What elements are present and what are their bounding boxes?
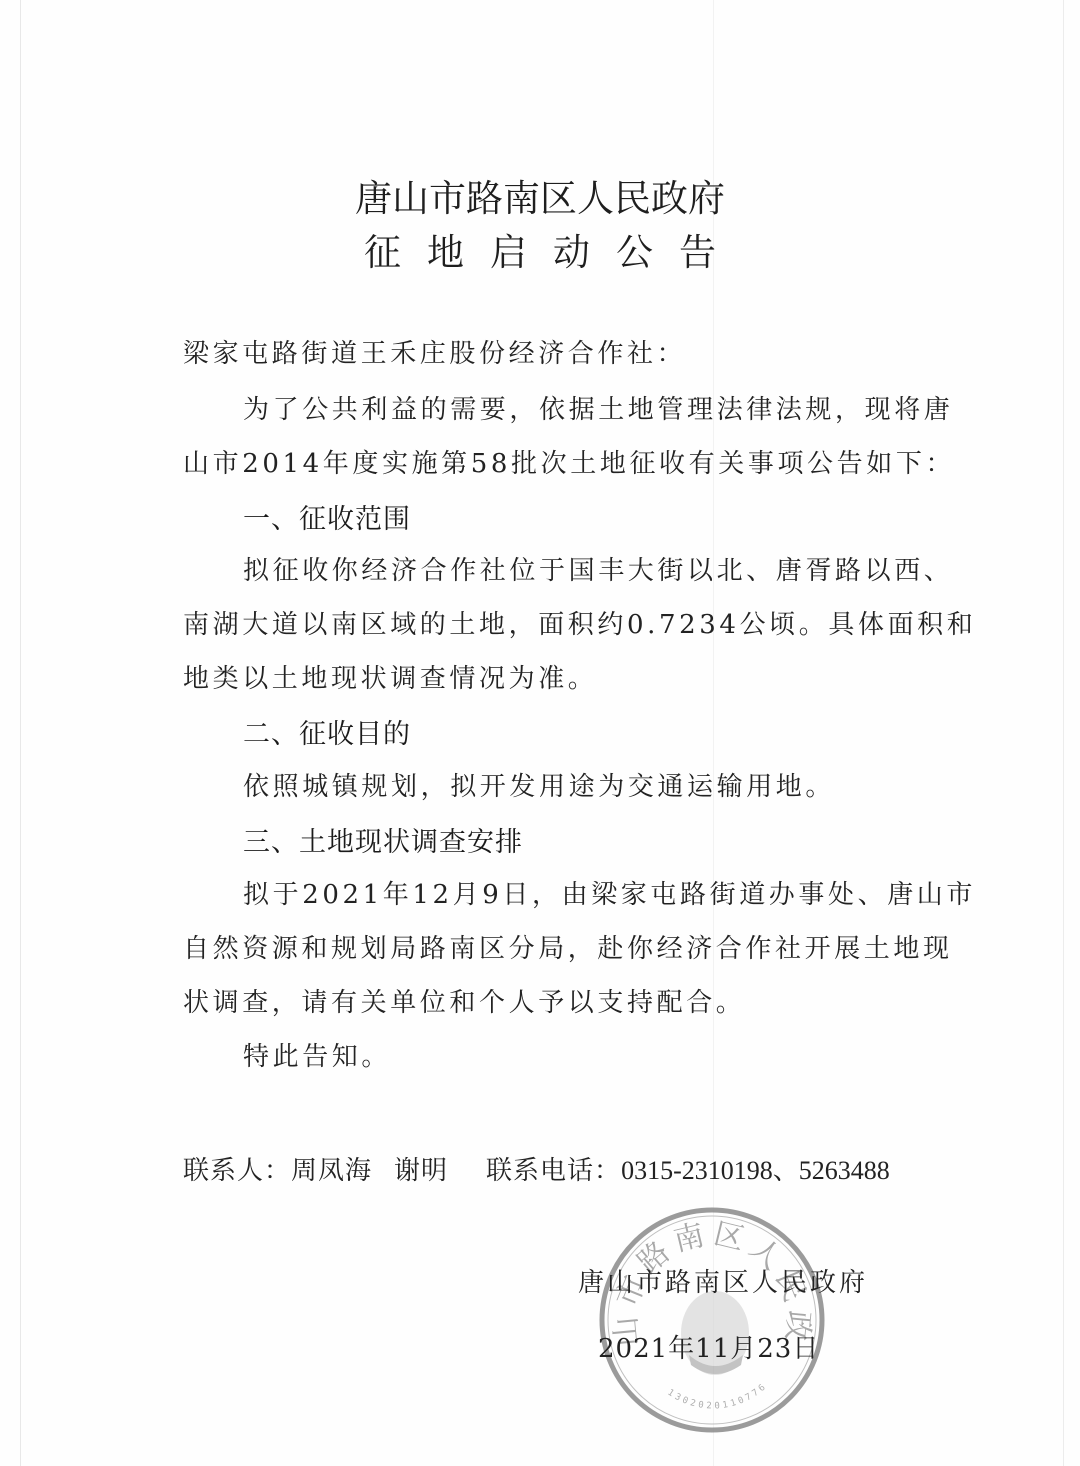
official-seal-icon: 唐山市路南区人民政府 1302020110776 (597, 1205, 827, 1435)
contact-person: 周凤海 (291, 1156, 372, 1186)
intro-line: 为了公共利益的需要，依据土地管理法律法规，现将唐 (243, 389, 983, 426)
intro-line: 山市2014年度实施第58批次土地征收有关事项公告如下： (183, 443, 923, 480)
section-text: 拟征收你经济合作社位于国丰大街以北、唐胥路以西、 (243, 550, 983, 587)
signature-issuer: 唐山市路南区人民政府 (578, 1262, 868, 1299)
issue-date: 2021年11月23日 (598, 1328, 819, 1365)
document-title: 征地启动公告 (0, 222, 1080, 276)
contact-person-label: 联系人： (183, 1156, 291, 1186)
section-text: 南湖大道以南区域的土地，面积约0.7234公顷。具体面积和 (183, 604, 923, 641)
recipient: 梁家屯路街道王禾庄股份经济合作社： (183, 333, 923, 370)
document-issuer-title: 唐山市路南区人民政府 (0, 168, 1080, 222)
contact-person: 谢明 (394, 1156, 448, 1186)
section-heading: 二、征收目的 (243, 712, 983, 751)
section-text: 状调查，请有关单位和个人予以支持配合。 (183, 982, 923, 1019)
contact-phone: 0315-2310198、5263488 (621, 1156, 890, 1185)
svg-text:1302020110776: 1302020110776 (666, 1381, 770, 1412)
closing-text: 特此告知。 (243, 1036, 983, 1073)
section-text: 自然资源和规划局路南区分局，赴你经济合作社开展土地现 (183, 928, 923, 965)
section-text: 地类以土地现状调查情况为准。 (183, 658, 923, 695)
contact-phone-label: 联系电话： (486, 1156, 621, 1186)
document-page: 唐山市路南区人民政府 征地启动公告 梁家屯路街道王禾庄股份经济合作社： 为了公共… (0, 0, 1080, 1466)
section-text: 拟于2021年12月9日，由梁家屯路街道办事处、唐山市 (243, 874, 983, 911)
section-heading: 一、征收范围 (243, 497, 983, 536)
section-text: 依照城镇规划，拟开发用途为交通运输用地。 (243, 766, 983, 803)
contact-info: 联系人：周凤海谢明联系电话：0315-2310198、5263488 (183, 1150, 923, 1187)
section-heading: 三、土地现状调查安排 (243, 820, 983, 859)
